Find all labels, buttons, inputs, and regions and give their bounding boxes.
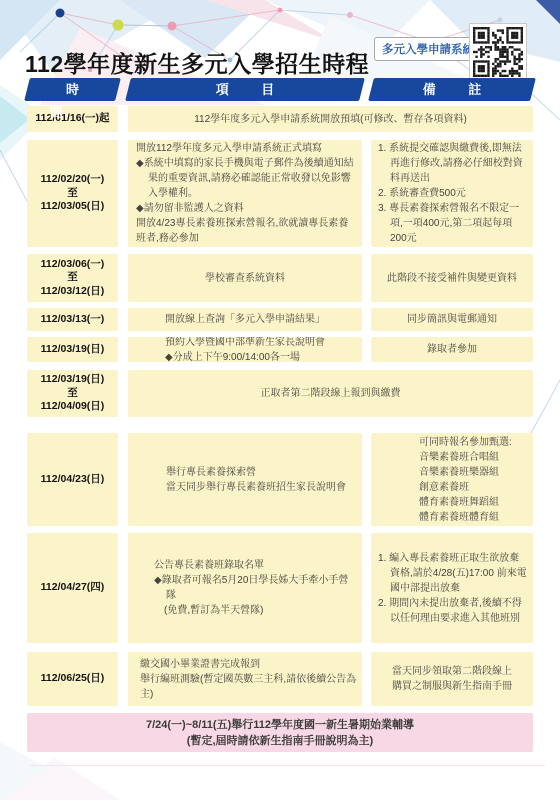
column-header-time: 時間 — [27, 78, 118, 101]
item-cell: 開放線上查詢「多元入學申請結果」 — [128, 308, 362, 331]
text-line: 同步簡訊與電郵通知 — [407, 312, 497, 327]
note-cell: 此階段不接受補件與變更資料 — [371, 254, 533, 302]
text-line: 112/04/27(四) — [41, 581, 105, 595]
column-header-note: 備註 — [371, 78, 533, 101]
column-header-item: 項目 — [128, 78, 362, 101]
time-cell: 112/04/27(四) — [27, 533, 118, 643]
text-line: 創意素養班 — [419, 480, 533, 495]
text-line: 錄取者參加 — [427, 342, 477, 357]
text-line: 學校審查系統資料 — [205, 271, 285, 286]
table-row: 112/06/25(日) 繳交國小畢業證書完成報到舉行編班測驗(暫定國英數三主科… — [27, 652, 533, 706]
text-line: 3. 專長素養探索營報名不限定一項,一項400元,第二項起每項200元 — [378, 201, 528, 246]
text-line: 購買之制服與新生指南手冊 — [392, 679, 512, 694]
time-cell: 112/03/06(一)至112/03/12(日) — [27, 254, 118, 302]
text-line: 開放線上查詢「多元入學申請結果」 — [165, 312, 325, 327]
text-line: ◆系統中填寫的家長手機與電子郵件為後續通知結果的重要資訊,請務必確認能正常收發以… — [136, 156, 354, 201]
text-line: 當天同步舉行專長素養班招生家長說明會 — [166, 480, 362, 495]
application-system-badge: 多元入學申請系統 — [374, 37, 482, 61]
flyer-page: 112學年度新生多元入學招生時程 多元入學申請系統 時間 項目 備註 112/0… — [0, 0, 560, 800]
item-cell: 繳交國小畢業證書完成報到舉行編班測驗(暫定國英數三主科,請依後續公告為主) — [128, 652, 362, 706]
item-cell: 舉行專長素養探索營當天同步舉行專長素養班招生家長說明會 — [128, 433, 362, 526]
text-line: 1. 編入專長素養班正取生欲放棄資格,請於4/28(五)17:00 前來電國中部… — [378, 551, 529, 596]
note-cell: 可同時報名參加甄選:音樂素養班合唱組音樂素養班樂器組創意素養班體育素養班舞蹈組體… — [371, 433, 533, 526]
table-row: 112/03/19(日)至112/04/09(日) 正取者第二階段線上報到與繳費 — [27, 370, 533, 417]
text-line: 繳交國小畢業證書完成報到 — [140, 657, 358, 672]
text-line: 2. 期間內未提出放棄者,後續不得以任何理由要求進入其他班別 — [378, 596, 529, 626]
item-cell: 學校審查系統資料 — [128, 254, 362, 302]
note-cell: 1. 系統提交確認與繳費後,即無法再進行修改,請務必仔細校對資料再送出2. 系統… — [371, 140, 533, 247]
text-line: ◆錄取者可報名5月20日學長姊大手牽小手營隊 — [154, 573, 358, 603]
text-line: 此階段不接受補件與變更資料 — [387, 271, 517, 286]
text-line: 體育素養班舞蹈組 — [419, 495, 533, 510]
text-line: 至 — [67, 387, 78, 401]
item-cell: 112學年度多元入學申請系統開放預填(可修改、暫存各項資料) — [128, 106, 533, 132]
footer-line-1: 7/24(一)~8/11(五)舉行112學年度國一新生暑期始業輔導 — [146, 717, 414, 733]
note-cell: 1. 編入專長素養班正取生欲放棄資格,請於4/28(五)17:00 前來電國中部… — [371, 533, 533, 643]
table-header-row: 時間 項目 備註 — [27, 78, 533, 101]
item-cell: 開放112學年度多元入學申請系統正式填寫◆系統中填寫的家長手機與電子郵件為後續通… — [128, 140, 362, 247]
text-line: 112/03/19(日) — [41, 343, 105, 357]
footer-line-2: (暫定,屆時請依新生指南手冊說明為主) — [187, 733, 373, 749]
text-line: 112/03/12(日) — [41, 285, 105, 299]
table-row: 112/03/06(一)至112/03/12(日) 學校審查系統資料 此階段不接… — [27, 254, 533, 302]
text-line: 預約入學暨國中部準新生家長說明會 — [165, 337, 325, 350]
text-line: 音樂素養班合唱組 — [419, 450, 533, 465]
time-cell: 112/02/20(一)至112/03/05(日) — [27, 140, 118, 247]
text-line: 舉行編班測驗(暫定國英數三主科,請依後續公告為主) — [140, 672, 358, 702]
text-line: 2. 系統審查費500元 — [378, 186, 528, 201]
qr-code-icon — [469, 23, 527, 81]
text-line: 112/02/20(一) — [41, 173, 105, 187]
note-cell: 錄取者參加 — [371, 337, 533, 362]
text-line: 公告專長素養班錄取名單 — [154, 558, 358, 573]
item-cell: 正取者第二階段線上報到與繳費 — [128, 370, 533, 417]
table-row: 112/03/13(一) 開放線上查詢「多元入學申請結果」 同步簡訊與電郵通知 — [27, 308, 533, 331]
text-line: 112/04/23(日) — [41, 473, 105, 487]
time-cell: 112/04/23(日) — [27, 433, 118, 526]
text-line: ◆請勿留非監護人之資料 — [136, 201, 354, 216]
text-line: 正取者第二階段線上報到與繳費 — [261, 386, 401, 401]
text-line: 112/04/09(日) — [41, 400, 105, 414]
text-line: ◆分成上下午9:00/14:00各一場 — [165, 350, 325, 363]
text-line: 開放112學年度多元入學申請系統正式填寫 — [136, 141, 354, 156]
item-cell: 預約入學暨國中部準新生家長說明會◆分成上下午9:00/14:00各一場 — [128, 337, 362, 362]
text-line: (免費,暫訂為半天營隊) — [154, 603, 358, 618]
note-cell: 同步簡訊與電郵通知 — [371, 308, 533, 331]
time-cell: 112/03/13(一) — [27, 308, 118, 331]
text-line: 112/03/19(日) — [41, 373, 105, 387]
text-line: 音樂素養班樂器組 — [419, 465, 533, 480]
footer-banner: 7/24(一)~8/11(五)舉行112學年度國一新生暑期始業輔導 (暫定,屆時… — [27, 713, 533, 752]
page-title: 112學年度新生多元入學招生時程 — [25, 46, 369, 79]
text-line: 至 — [67, 271, 78, 285]
text-line: 112/06/25(日) — [41, 672, 105, 686]
text-line: 112學年度多元入學申請系統開放預填(可修改、暫存各項資料) — [194, 112, 467, 127]
time-cell: 112/06/25(日) — [27, 652, 118, 706]
text-line: 112/03/05(日) — [41, 200, 105, 214]
item-cell: 公告專長素養班錄取名單◆錄取者可報名5月20日學長姊大手牽小手營隊 (免費,暫訂… — [128, 533, 362, 643]
text-line: 112/03/06(一) — [41, 258, 105, 272]
text-line: 1. 系統提交確認與繳費後,即無法再進行修改,請務必仔細校對資料再送出 — [378, 141, 528, 186]
note-cell: 當天同步領取第二階段線上購買之制服與新生指南手冊 — [371, 652, 533, 706]
schedule-table: 時間 項目 備註 112/01/16(一)起 112學年度多元入學申請系統開放預… — [27, 78, 533, 778]
text-line: 至 — [67, 187, 78, 201]
text-line: 可同時報名參加甄選: — [419, 435, 533, 450]
time-cell: 112/03/19(日) — [27, 337, 118, 362]
text-line: 體育素養班體育組 — [419, 510, 533, 525]
table-row: 112/03/19(日) 預約入學暨國中部準新生家長說明會◆分成上下午9:00/… — [27, 337, 533, 362]
table-row: 112/04/27(四) 公告專長素養班錄取名單◆錄取者可報名5月20日學長姊大… — [27, 533, 533, 643]
text-line: 開放4/23專長素養班探索營報名,欲就讀專長素養班者,務必參加 — [136, 216, 354, 246]
text-line: 舉行專長素養探索營 — [166, 465, 362, 480]
table-row: 112/04/23(日) 舉行專長素養探索營當天同步舉行專長素養班招生家長說明會… — [27, 433, 533, 526]
table-row: 112/02/20(一)至112/03/05(日) 開放112學年度多元入學申請… — [27, 140, 533, 247]
text-line: 112/03/13(一) — [41, 313, 105, 327]
text-line: 當天同步領取第二階段線上 — [392, 664, 512, 679]
time-cell: 112/03/19(日)至112/04/09(日) — [27, 370, 118, 417]
